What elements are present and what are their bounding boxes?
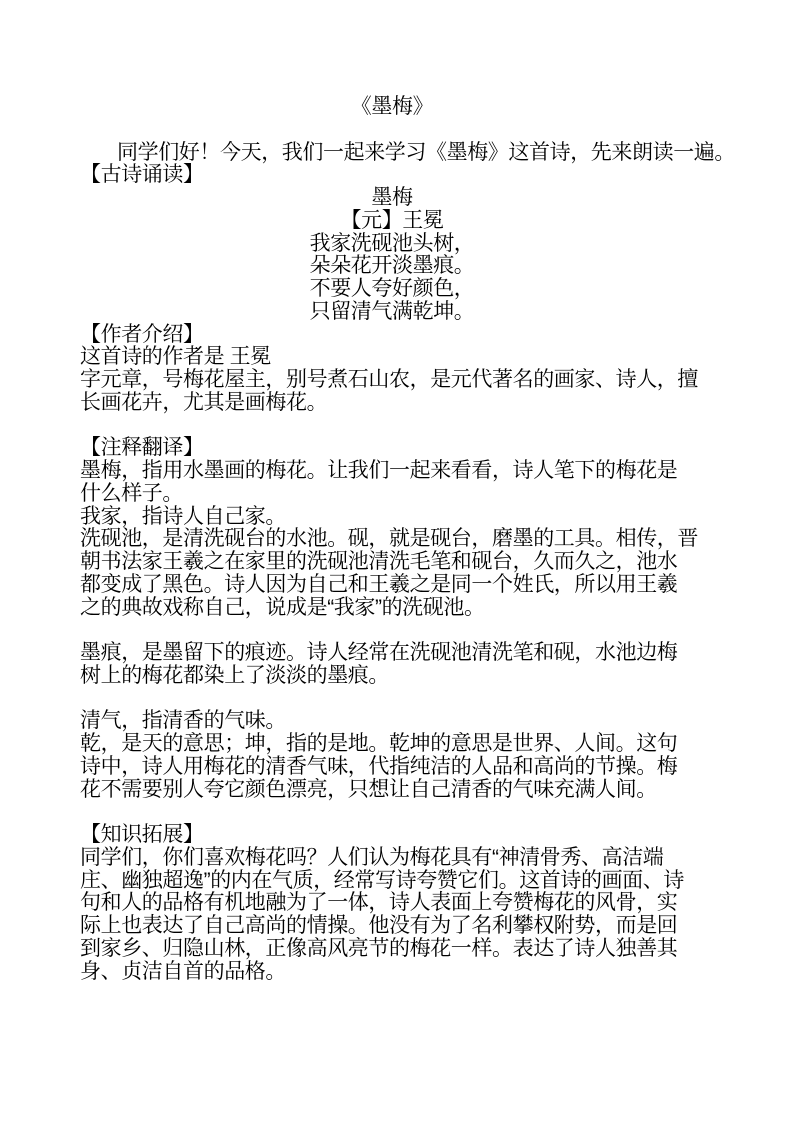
extension-paragraph-line-5: 到家乡、归隐山林，正像高风亮节的梅花一样。表达了诗人独善其 bbox=[80, 938, 704, 961]
note-xiyanchi-line-1: 洗砚池，是清洗砚台的水池。砚，就是砚台，磨墨的工具。相传，晋 bbox=[80, 528, 704, 551]
author-name-paragraph: 这首诗的作者是 王冕 bbox=[80, 346, 704, 369]
section-heading-gushi-songdu: 【古诗诵读】 bbox=[80, 164, 704, 187]
spacer-2 bbox=[80, 415, 704, 438]
spacer-3 bbox=[80, 619, 704, 642]
author-bio-paragraph-line-2: 长画花卉，尤其是画梅花。 bbox=[80, 392, 704, 415]
document-content: 《墨梅》同学们好！今天，我们一起来学习《墨梅》这首诗，先来朗读一遍。【古诗诵读】… bbox=[80, 96, 704, 983]
extension-paragraph-line-3: 句和人的品格有机地融为了一体，诗人表面上夸赞梅花的风骨，实 bbox=[80, 892, 704, 915]
extension-paragraph-line-1: 同学们，你们喜欢梅花吗？人们认为梅花具有“神清骨秀、高洁端 bbox=[80, 847, 704, 870]
note-momei-line-1: 墨梅，指用水墨画的梅花。让我们一起来看看，诗人笔下的梅花是 bbox=[80, 460, 704, 483]
poem-line-4: 只留清气满乾坤。 bbox=[80, 301, 704, 324]
note-wojia: 我家，指诗人自己家。 bbox=[80, 506, 704, 529]
section-heading-zhushi-fanyi: 【注释翻译】 bbox=[80, 437, 704, 460]
doc-title: 《墨梅》 bbox=[80, 96, 704, 119]
spacer-4 bbox=[80, 688, 704, 711]
extension-paragraph-line-6: 身、贞洁自首的品格。 bbox=[80, 961, 704, 984]
document-page: 《墨梅》同学们好！今天，我们一起来学习《墨梅》这首诗，先来朗读一遍。【古诗诵读】… bbox=[0, 0, 794, 1123]
author-bio-paragraph-line-1: 字元章，号梅花屋主，别号煮石山农，是元代著名的画家、诗人，擅 bbox=[80, 369, 704, 392]
extension-paragraph-line-2: 庄、幽独超逸”的内在气质，经常写诗夸赞它们。这首诗的画面、诗 bbox=[80, 870, 704, 893]
note-xiyanchi-line-3: 都变成了黑色。诗人因为自己和王羲之是同一个姓氏，所以用王羲 bbox=[80, 574, 704, 597]
intro-paragraph: 同学们好！今天，我们一起来学习《墨梅》这首诗，先来朗读一遍。 bbox=[80, 142, 704, 165]
note-mohen-line-2: 树上的梅花都染上了淡淡的墨痕。 bbox=[80, 665, 704, 688]
section-heading-zuozhe-jieshao: 【作者介绍】 bbox=[80, 324, 704, 347]
note-qiankun-line-2: 诗中，诗人用梅花的清香气味，代指纯洁的人品和高尚的节操。梅 bbox=[80, 756, 704, 779]
poem-line-2: 朵朵花开淡墨痕。 bbox=[80, 255, 704, 278]
note-mohen-line-1: 墨痕，是墨留下的痕迹。诗人经常在洗砚池清洗笔和砚，水池边梅 bbox=[80, 642, 704, 665]
note-xiyanchi-line-4: 之的典故戏称自己，说成是“我家”的洗砚池。 bbox=[80, 597, 704, 620]
poem-line-3: 不要人夸好颜色， bbox=[80, 278, 704, 301]
spacer-1 bbox=[80, 119, 704, 142]
spacer-5 bbox=[80, 801, 704, 824]
note-xiyanchi-line-2: 朝书法家王羲之在家里的洗砚池清洗毛笔和砚台，久而久之，池水 bbox=[80, 551, 704, 574]
note-qingqi: 清气，指清香的气味。 bbox=[80, 710, 704, 733]
poem-author: 【元】王冕 bbox=[80, 210, 704, 233]
poem-line-1: 我家洗砚池头树， bbox=[80, 233, 704, 256]
note-qiankun-line-1: 乾，是天的意思；坤，指的是地。乾坤的意思是世界、人间。这句 bbox=[80, 733, 704, 756]
poem-title: 墨梅 bbox=[80, 187, 704, 210]
note-qiankun-line-3: 花不需要别人夸它颜色漂亮，只想让自己清香的气味充满人间。 bbox=[80, 779, 704, 802]
extension-paragraph-line-4: 际上也表达了自己高尚的情操。他没有为了名利攀权附势，而是回 bbox=[80, 915, 704, 938]
section-heading-zhishi-tuozhan: 【知识拓展】 bbox=[80, 824, 704, 847]
note-momei-line-2: 什么样子。 bbox=[80, 483, 704, 506]
